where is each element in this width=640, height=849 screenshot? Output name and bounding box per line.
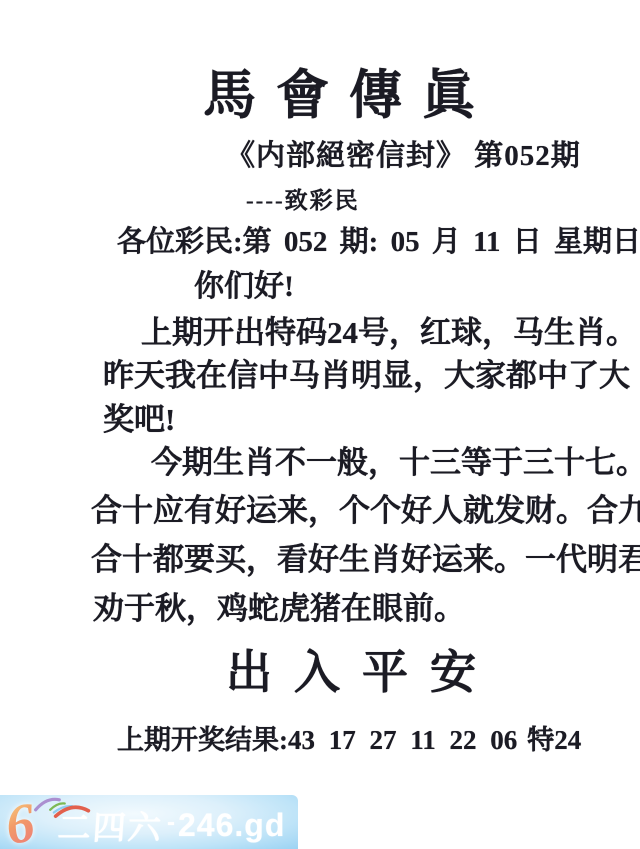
footer-watermark: 6 二四六 - 246.gd <box>0 795 298 849</box>
page-title: 馬會傳眞 <box>203 70 495 123</box>
brand-wordmark: 二四六 - 246.gd <box>58 802 285 848</box>
result-special-number: 特24 <box>527 725 581 755</box>
letter-line: 上期开出特码24号，红球，马生肖。 <box>141 317 637 348</box>
letter-line: 劝于秋，鸡蛇虎猪在眼前。 <box>93 593 465 624</box>
greeting-line: 你们好! <box>194 272 294 302</box>
result-numbers: 43 17 27 11 22 06 <box>288 725 517 755</box>
brand-separator: - <box>167 809 175 837</box>
salutation-line: 各位彩民:第 052 期: 05 月 11 日 星期日 <box>117 228 640 257</box>
letter-line: 奖吧! <box>103 404 175 435</box>
letter-line: 昨天我在信中马肖明显，大家都中了大 <box>103 360 630 391</box>
blessing-text: 出入平安 <box>226 650 498 696</box>
letter-line: 合十都要买，看好生肖好运来。一代明君 <box>91 544 640 575</box>
brand-domain: 246.gd <box>178 807 285 844</box>
result-label: 上期开奖结果: <box>117 725 288 755</box>
subtitle: 《内部絕密信封》 第052期 <box>226 142 581 171</box>
letter-line: 今期生肖不一般，十三等于三十七。 <box>151 447 640 478</box>
letter-line: 合十应有好运来，个个好人就发财。合九 <box>91 495 640 526</box>
previous-result-line: 上期开奖结果:43 17 27 11 22 06特24 <box>117 727 581 754</box>
brand-name: 二四六 <box>56 802 164 849</box>
dedication-line: ----致彩民 <box>246 189 360 212</box>
fax-document: 馬會傳眞 《内部絕密信封》 第052期 ----致彩民 各位彩民:第 052 期… <box>0 0 640 849</box>
